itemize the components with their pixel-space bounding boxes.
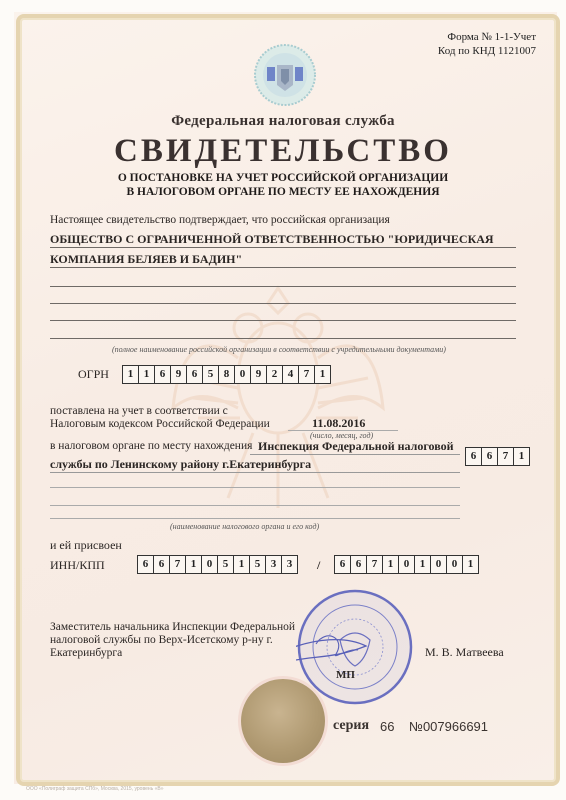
rule-line [50, 505, 460, 506]
inn-kpp-label: ИНН/КПП [50, 558, 105, 573]
digit-box: 9 [171, 366, 187, 383]
registration-date: 11.08.2016 [312, 416, 365, 431]
agency-name: Федеральная налоговая служба [0, 113, 566, 130]
authority-prefix: в налоговом органе по месту нахождения [50, 440, 252, 452]
series-label: серия [333, 718, 369, 734]
rule-line [50, 338, 516, 339]
kpp-digit-boxes: 667101001 [334, 555, 479, 574]
knd-code: Код по КНД 1121007 [438, 44, 536, 58]
authority-caption: (наименование налогового органа и его ко… [170, 522, 319, 531]
digit-box: 3 [282, 556, 297, 573]
digit-box: 4 [283, 366, 299, 383]
digit-box: 9 [251, 366, 267, 383]
organization-caption: (полное наименование российской организа… [112, 345, 446, 354]
rule-line [50, 267, 516, 268]
digit-box: 1 [123, 366, 139, 383]
hologram-emblem-icon [253, 43, 317, 107]
digit-box: 2 [267, 366, 283, 383]
authority-code-boxes: 6671 [465, 447, 530, 466]
digit-box: 6 [335, 556, 351, 573]
digit-box: 5 [250, 556, 266, 573]
digit-box: 1 [234, 556, 250, 573]
official-stamp-icon [296, 588, 414, 706]
signatory-name: М. В. Матвеева [425, 645, 504, 660]
organization-intro: Настоящее свидетельство подтверждает, чт… [50, 214, 390, 226]
digit-box: 7 [170, 556, 186, 573]
series-value: 66 [380, 719, 394, 734]
organization-name-line-1: ОБЩЕСТВО С ОГРАНИЧЕННОЙ ОТВЕТСТВЕННОСТЬЮ… [50, 232, 494, 247]
position-line-1: Заместитель начальника Инспекции Федерал… [50, 621, 295, 634]
digit-box: 6 [155, 366, 171, 383]
digit-box: 1 [463, 556, 478, 573]
rule-line [50, 518, 460, 519]
digit-box: 6 [351, 556, 367, 573]
digit-box: 1 [186, 556, 202, 573]
rule-line [50, 472, 460, 473]
digit-box: 0 [202, 556, 218, 573]
form-info: Форма № 1-1-Учет Код по КНД 1121007 [438, 30, 536, 58]
digit-box: 7 [299, 366, 315, 383]
coat-of-arms-watermark-icon [168, 268, 388, 528]
digit-box: 6 [466, 448, 482, 465]
ogrn-digit-boxes: 1169658092471 [122, 365, 331, 384]
subtitle-line-2: В НАЛОГОВОМ ОРГАНЕ ПО МЕСТУ ЕЕ НАХОЖДЕНИ… [0, 185, 566, 199]
rule-line [50, 303, 516, 304]
rule-line [50, 247, 516, 248]
inn-kpp-separator: / [317, 558, 320, 573]
digit-box: 1 [139, 366, 155, 383]
printer-note: ООО «Полиграф защита СПб», Москва, 2015,… [26, 786, 164, 792]
digit-box: 7 [367, 556, 383, 573]
rule-line [50, 286, 516, 287]
rule-line [50, 320, 516, 321]
digit-box: 1 [415, 556, 431, 573]
digit-box: 6 [187, 366, 203, 383]
digit-box: 0 [399, 556, 415, 573]
digit-box: 7 [498, 448, 514, 465]
authority-name-line-2: службы по Ленинскому району г.Екатеринбу… [50, 457, 311, 472]
digit-box: 6 [482, 448, 498, 465]
serial-number: №007966691 [409, 719, 488, 734]
subtitle-line-1: О ПОСТАНОВКЕ НА УЧЕТ РОССИЙСКОЙ ОРГАНИЗА… [0, 171, 566, 185]
digit-box: 0 [447, 556, 463, 573]
document-subtitle: О ПОСТАНОВКЕ НА УЧЕТ РОССИЙСКОЙ ОРГАНИЗА… [0, 171, 566, 199]
digit-box: 0 [235, 366, 251, 383]
digit-box: 5 [218, 556, 234, 573]
signatory-position: Заместитель начальника Инспекции Федерал… [50, 621, 295, 660]
registration-line-1: поставлена на учет в соответствии с [50, 405, 228, 417]
digit-box: 3 [266, 556, 282, 573]
registration-line-2: Налоговым кодексом Российской Федерации [50, 418, 270, 430]
rule-line [250, 454, 460, 455]
position-line-2: налоговой службы по Верх-Исетскому р-ну … [50, 634, 295, 647]
inn-digit-boxes: 6671051533 [137, 555, 298, 574]
ogrn-label: ОГРН [78, 367, 109, 382]
document-title: СВИДЕТЕЛЬСТВО [0, 133, 566, 170]
stamp-mark: МП [336, 669, 355, 681]
digit-box: 1 [315, 366, 330, 383]
digit-box: 6 [138, 556, 154, 573]
digit-box: 1 [514, 448, 529, 465]
digit-box: 8 [219, 366, 235, 383]
digit-box: 1 [383, 556, 399, 573]
digit-box: 6 [154, 556, 170, 573]
form-number: Форма № 1-1-Учет [438, 30, 536, 44]
authority-name-line-1: Инспекция Федеральной налоговой [258, 439, 454, 454]
position-line-3: Екатеринбурга [50, 647, 295, 660]
rule-line [50, 487, 460, 488]
organization-name-line-2: КОМПАНИЯ БЕЛЯЕВ И БАДИН" [50, 252, 242, 267]
digit-box: 5 [203, 366, 219, 383]
digit-box: 0 [431, 556, 447, 573]
assigned-label: и ей присвоен [50, 538, 122, 553]
